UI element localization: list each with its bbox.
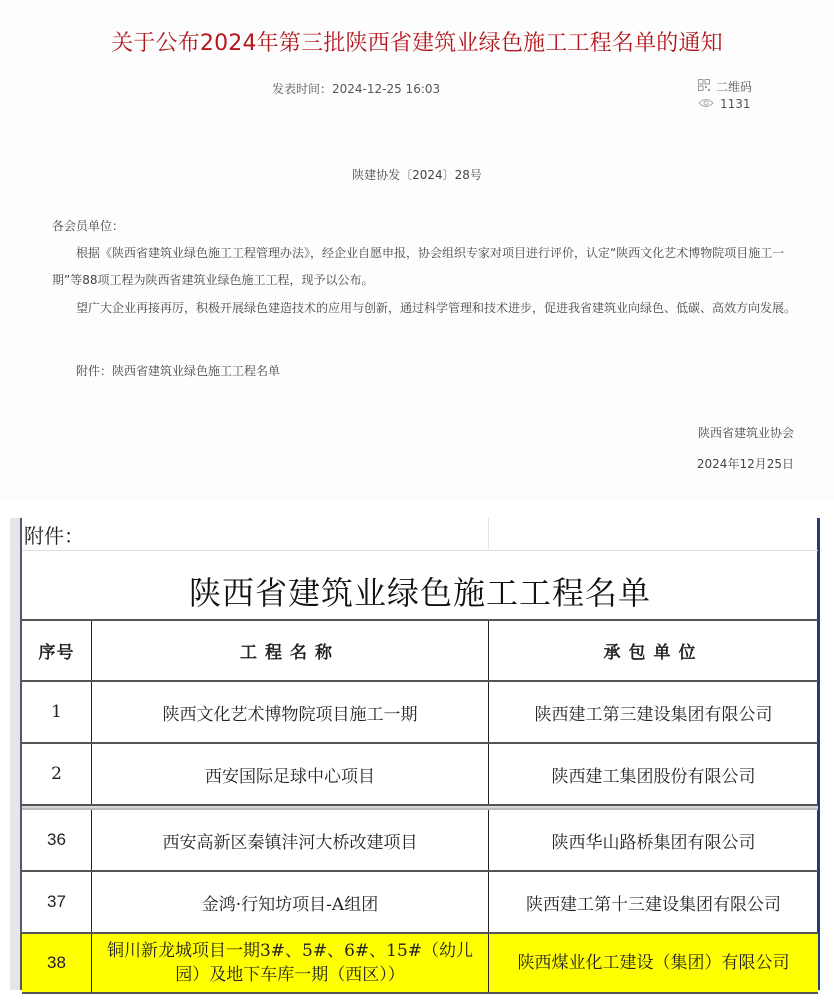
table-row: 1 陕西文化艺术博物院项目施工一期 陕西建工第三建设集团有限公司 [22, 681, 818, 743]
column-header-number: 序号 [22, 620, 92, 681]
notice-title: 关于公布2024年第三批陕西省建筑业绿色施工工程名单的通知 [0, 26, 834, 57]
cell-project-name: 西安国际足球中心项目 [92, 743, 489, 805]
sheet-gutter [10, 518, 20, 990]
qrcode-button[interactable]: 二维码 [698, 78, 752, 95]
attachment-label: 附件： [24, 520, 84, 549]
cell-number: 2 [22, 743, 92, 805]
grid-line [488, 518, 489, 550]
paragraph-1: 根据《陕西省建筑业绿色施工工程管理办法》，经企业自愿申报，协会组织专家对项目进行… [52, 240, 797, 294]
cell-number: 37 [22, 871, 92, 933]
cell-project-name: 铜川新龙城项目一期3#、5#、6#、15#（幼儿园）及地下车库一期（西区）） [92, 933, 489, 993]
cell-project-name: 陕西文化艺术博物院项目施工一期 [92, 681, 489, 743]
column-header-project-name: 工程名称 [92, 620, 489, 681]
column-header-contractor: 承包单位 [489, 620, 819, 681]
cell-contractor: 陕西华山路桥集团有限公司 [489, 809, 819, 871]
cell-number: 1 [22, 681, 92, 743]
project-list-table: 序号 工程名称 承包单位 1 陕西文化艺术博物院项目施工一期 陕西建工第三建设集… [22, 619, 818, 994]
salutation: 各会员单位： [52, 213, 797, 240]
eye-icon [698, 97, 720, 111]
list-title: 陕西省建筑业绿色施工工程名单 [22, 568, 818, 614]
signature-organization: 陕西省建筑业协会 [698, 424, 794, 441]
grid-line [22, 550, 818, 551]
signature-date: 2024年12月25日 [697, 455, 794, 472]
view-count: 1131 [698, 95, 752, 112]
cell-contractor: 陕西建工第三建设集团有限公司 [489, 681, 819, 743]
cell-project-name: 西安高新区秦镇沣河大桥改建项目 [92, 809, 489, 871]
table-row: 37 金鸿·行知坊项目-A组团 陕西建工第十三建设集团有限公司 [22, 871, 818, 933]
paragraph-2: 望广大企业再接再厉，积极开展绿色建造技术的应用与创新，通过科学管理和技术进步，促… [52, 295, 797, 322]
attachment-sheet-image: 附件： 陕西省建筑业绿色施工工程名单 序号 工程名称 承包单位 1 陕西文化艺术… [0, 518, 834, 1000]
view-count-value: 1131 [720, 97, 751, 111]
publish-time: 发表时间：2024-12-25 16:03 [272, 80, 440, 97]
table-header-row: 序号 工程名称 承包单位 [22, 620, 818, 681]
cell-number: 38 [22, 933, 92, 993]
side-tools: 二维码 1131 [698, 78, 752, 112]
cell-project-name: 金鸿·行知坊项目-A组团 [92, 871, 489, 933]
attachment-line: 附件：陕西省建筑业绿色施工工程名单 [52, 358, 797, 385]
cell-contractor: 陕西建工集团股份有限公司 [489, 743, 819, 805]
cell-contractor: 陕西煤业化工建设（集团）有限公司 [489, 933, 819, 993]
notice-section: 关于公布2024年第三批陕西省建筑业绿色施工工程名单的通知 发表时间：2024-… [0, 0, 834, 500]
qrcode-icon [698, 79, 716, 94]
table-row: 2 西安国际足球中心项目 陕西建工集团股份有限公司 [22, 743, 818, 805]
qrcode-label: 二维码 [716, 78, 752, 95]
cell-number: 36 [22, 809, 92, 871]
table-row: 36 西安高新区秦镇沣河大桥改建项目 陕西华山路桥集团有限公司 [22, 809, 818, 871]
cell-contractor: 陕西建工第十三建设集团有限公司 [489, 871, 819, 933]
table-row-highlighted: 38 铜川新龙城项目一期3#、5#、6#、15#（幼儿园）及地下车库一期（西区）… [22, 933, 818, 993]
document-number: 陕建协发〔2024〕28号 [0, 166, 834, 183]
